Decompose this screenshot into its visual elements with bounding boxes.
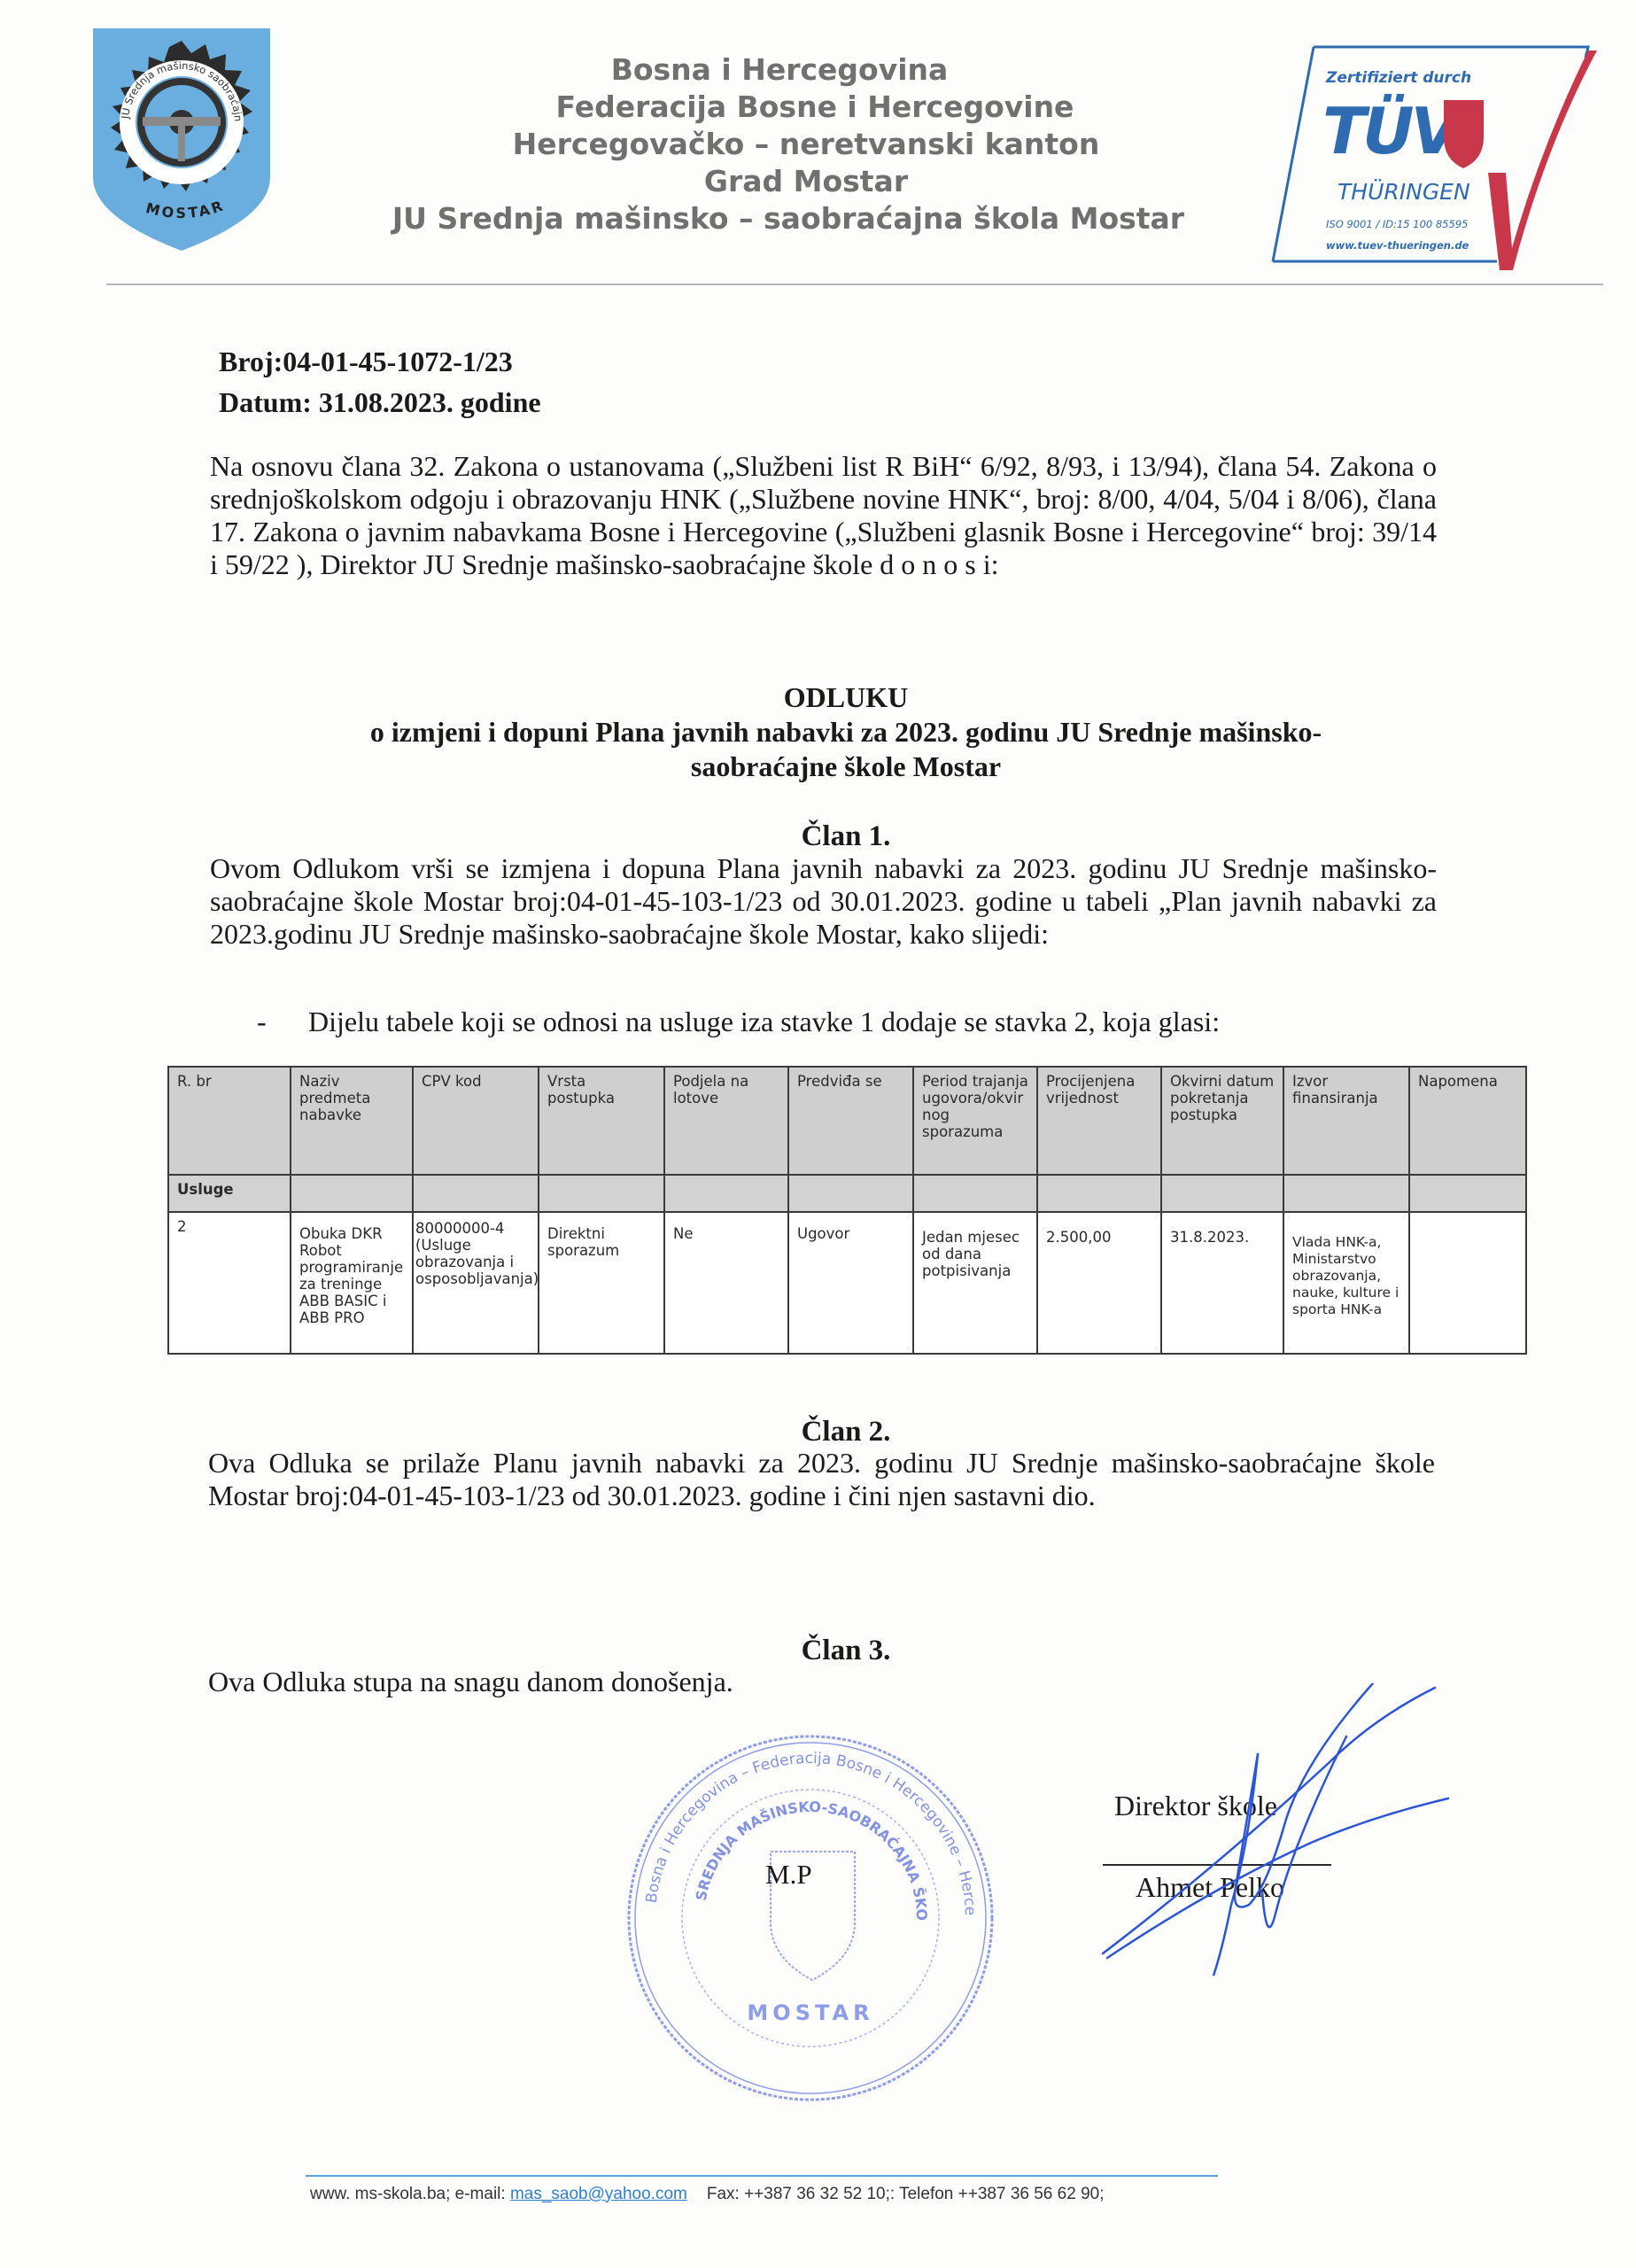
cell-predvidja: Ugovor bbox=[788, 1212, 913, 1354]
tuv-region: THÜRINGEN bbox=[1337, 179, 1470, 205]
article-1-bullet: -Dijelu tabele koji se odnosi na usluge … bbox=[257, 1006, 1220, 1038]
header-vrsta: Vrsta postupka bbox=[539, 1067, 664, 1175]
tuv-standard: ISO 9001 / ID:15 100 85595 bbox=[1326, 218, 1468, 230]
header-vrijednost: Procijenjena vrijednost bbox=[1037, 1067, 1161, 1175]
legal-basis-paragraph: Na osnovu člana 32. Zakona o ustanovama … bbox=[210, 450, 1437, 581]
tuv-url: www.tuev-thueringen.de bbox=[1326, 239, 1469, 252]
empty-cell bbox=[913, 1175, 1037, 1212]
decision-subtitle-line1: o izmjeni i dopuni Plana javnih nabavki … bbox=[204, 715, 1488, 750]
bullet-dash: - bbox=[257, 1006, 308, 1038]
article-2-heading: Član 2. bbox=[204, 1416, 1488, 1449]
empty-cell bbox=[1409, 1175, 1526, 1212]
document-date: Datum: 31.08.2023. godine bbox=[219, 382, 541, 423]
tuv-brand: TÜV bbox=[1322, 94, 1465, 168]
cell-izvor: Vlada HNK-a, Ministarstvo obrazovanja, n… bbox=[1283, 1212, 1409, 1354]
empty-cell bbox=[1161, 1175, 1283, 1212]
letterhead-line-city: Grad Mostar bbox=[399, 163, 1213, 200]
empty-cell bbox=[539, 1175, 664, 1212]
school-crest-logo: JU Srednja mašinsko saobraćajna škola MO… bbox=[89, 27, 275, 252]
header-datum: Okvirni datum pokretanja postupka bbox=[1161, 1067, 1283, 1175]
header-divider bbox=[106, 283, 1603, 285]
empty-cell bbox=[1283, 1175, 1409, 1212]
handwritten-signature bbox=[1081, 1683, 1453, 1976]
intro-text: Na osnovu člana 32. Zakona o ustanovama … bbox=[210, 450, 1437, 581]
procurement-plan-table: R. br Naziv predmeta nabavke CPV kod Vrs… bbox=[167, 1066, 1527, 1355]
decision-title: ODLUKU bbox=[204, 680, 1488, 715]
footer-contact: www. ms-skola.ba; e-mail: mas_saob@yahoo… bbox=[310, 2185, 1104, 2204]
letterhead-institution: Bosna i Hercegovina Federacija Bosne i H… bbox=[399, 51, 1213, 237]
document-meta: Broj:04-01-45-1072-1/23 Datum: 31.08.202… bbox=[219, 341, 541, 423]
checkmark-icon bbox=[1488, 50, 1597, 270]
table-section-row: Usluge bbox=[168, 1175, 1526, 1212]
cell-vrsta: Direktni sporazum bbox=[539, 1212, 664, 1354]
decision-title-block: ODLUKU o izmjeni i dopuni Plana javnih n… bbox=[204, 680, 1488, 784]
header-lotovi: Podjela na lotove bbox=[664, 1067, 788, 1175]
letterhead-line-canton: Hercegovačko – neretvanski kanton bbox=[399, 126, 1213, 163]
footer-phone-fax: Fax: ++387 36 32 52 10;: Telefon ++387 3… bbox=[707, 2185, 1105, 2203]
article-2-text: Ova Odluka se prilaže Planu javnih nabav… bbox=[208, 1447, 1435, 1512]
cell-datum: 31.8.2023. bbox=[1161, 1212, 1283, 1354]
header-izvor: Izvor finansiranja bbox=[1283, 1067, 1409, 1175]
footer-website: www. ms-skola.ba; e-mail: bbox=[310, 2185, 510, 2203]
article-1-heading: Član 1. bbox=[204, 820, 1488, 853]
tuv-certification-badge: Zertifiziert durch TÜV THÜRINGEN ISO 900… bbox=[1262, 40, 1603, 275]
cell-naziv: Obuka DKR Robot programiranje za trening… bbox=[291, 1212, 413, 1354]
table-row: 2 Obuka DKR Robot programiranje za treni… bbox=[168, 1212, 1526, 1354]
footer-divider bbox=[306, 2175, 1218, 2177]
header-predvidja: Predviđa se bbox=[788, 1067, 913, 1175]
letterhead-line-country: Bosna i Hercegovina bbox=[345, 51, 1213, 89]
header-cpv: CPV kod bbox=[413, 1067, 539, 1175]
empty-cell bbox=[291, 1175, 413, 1212]
header-napomena: Napomena bbox=[1409, 1067, 1526, 1175]
official-stamp: Bosna i Hercegovina – Federacija Bosne i… bbox=[620, 1728, 1001, 2109]
cell-period: Jedan mjesec od dana potpisivanja bbox=[913, 1212, 1037, 1354]
article-1-body: Ovom Odlukom vrši se izmjena i dopuna Pl… bbox=[210, 852, 1437, 951]
cell-napomena bbox=[1409, 1212, 1526, 1354]
article-3-text: Ova Odluka stupa na snagu danom donošenj… bbox=[208, 1666, 733, 1698]
cell-vrijednost: 2.500,00 bbox=[1037, 1212, 1161, 1354]
empty-cell bbox=[1037, 1175, 1161, 1212]
header-rbr: R. br bbox=[168, 1067, 291, 1175]
cell-lotovi: Ne bbox=[664, 1212, 788, 1354]
letterhead-line-federation: Federacija Bosne i Hercegovine bbox=[416, 89, 1213, 126]
stamp-placeholder-label: M.P bbox=[765, 1859, 812, 1891]
cell-cpv: 80000000-4 (Usluge obrazovanja i osposob… bbox=[413, 1212, 539, 1354]
article-2-body: Ova Odluka se prilaže Planu javnih nabav… bbox=[208, 1447, 1435, 1512]
stamp-city: MOSTAR bbox=[747, 2000, 873, 2025]
footer-email-link[interactable]: mas_saob@yahoo.com bbox=[510, 2185, 687, 2203]
article-1-text: Ovom Odlukom vrši se izmjena i dopuna Pl… bbox=[210, 852, 1437, 951]
cell-rbr: 2 bbox=[168, 1212, 291, 1354]
empty-cell bbox=[664, 1175, 788, 1212]
letterhead-line-school: JU Srednja mašinsko – saobraćajna škola … bbox=[363, 200, 1213, 237]
document-number: Broj:04-01-45-1072-1/23 bbox=[219, 341, 541, 382]
article-3-heading: Član 3. bbox=[204, 1635, 1488, 1667]
article-1-bullet-text: Dijelu tabele koji se odnosi na usluge i… bbox=[308, 1006, 1220, 1037]
empty-cell bbox=[788, 1175, 913, 1212]
header-naziv: Naziv predmeta nabavke bbox=[291, 1067, 413, 1175]
table-header-row: R. br Naziv predmeta nabavke CPV kod Vrs… bbox=[168, 1067, 1526, 1175]
section-label: Usluge bbox=[168, 1175, 291, 1212]
tuv-label: Zertifiziert durch bbox=[1325, 69, 1471, 87]
empty-cell bbox=[413, 1175, 539, 1212]
decision-subtitle-line2: saobraćajne škole Mostar bbox=[204, 750, 1488, 784]
header-period: Period trajanja ugovora/okvir nog sporaz… bbox=[913, 1067, 1037, 1175]
